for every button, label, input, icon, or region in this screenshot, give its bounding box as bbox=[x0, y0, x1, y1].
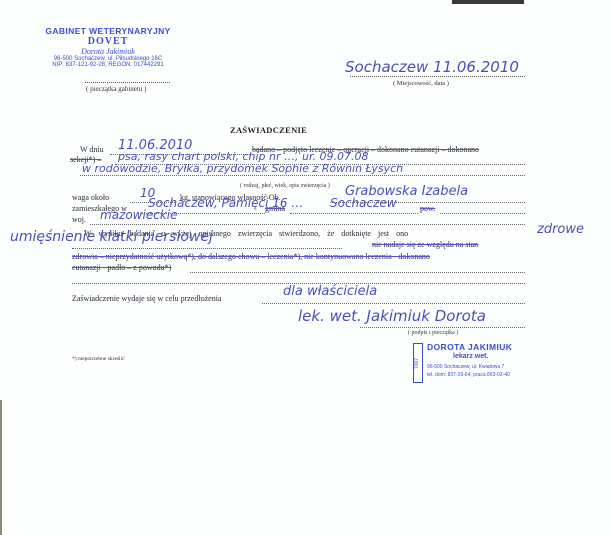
document-title: ZAŚWIADCZENIE bbox=[230, 125, 307, 135]
place-date-handwritten: Sochaczew 11.06.2010 bbox=[345, 58, 519, 76]
woj-line bbox=[90, 224, 525, 225]
health-line-text: zdrowia – nieprzydatność użytkową*), do … bbox=[72, 252, 430, 261]
gmina-label: gmina bbox=[265, 204, 285, 213]
clinic-brand: DOVET bbox=[38, 36, 178, 47]
vet-address: 96-500 Sochaczew, ul. Kwiatowa 7 bbox=[427, 364, 504, 370]
waga-label: waga około bbox=[72, 193, 109, 202]
purpose-label: Zaświadczenie wydaje się w celu przedłoż… bbox=[72, 294, 221, 303]
result-handwritten: umięśnienie klatki piersiowej bbox=[10, 229, 213, 245]
vet-name: DOROTA JAKIMIUK bbox=[427, 342, 512, 352]
result-margin-handwritten: zdrowe bbox=[537, 222, 584, 237]
scan-edge bbox=[0, 400, 2, 535]
vet-role: lekarz wet. bbox=[453, 353, 488, 360]
scan-artifact-bar bbox=[452, 0, 524, 4]
stamp-caption: ( pieczątka gabinetu ) bbox=[86, 85, 146, 93]
gmina-line bbox=[290, 213, 418, 214]
w-dniu-label: W dniu bbox=[80, 145, 104, 154]
health-line: zdrowia – nieprzydatność użytkową*), do … bbox=[72, 252, 430, 261]
clinic-stamp: GABINET WETERYNARYJNY DOVET Dorota Jakim… bbox=[38, 26, 178, 68]
purpose-line bbox=[262, 303, 525, 304]
footnote: *) niepotrzebne skreślić bbox=[72, 356, 125, 362]
pow-label: pow. bbox=[420, 204, 435, 213]
result-line-dotted bbox=[72, 248, 342, 249]
voivodeship-handwritten: mazowieckie bbox=[100, 208, 177, 222]
vet-stamp: 7007 DOROTA JAKIMIUK lekarz wet. 96-500 … bbox=[413, 340, 563, 400]
vet-license-badge: 7007 bbox=[413, 343, 423, 383]
clinic-owner: Dorota Jakimiuk bbox=[38, 47, 178, 56]
vet-phones: tel. dom: 837-29-64, praca 863-02-40 bbox=[427, 372, 510, 378]
signature-caption: ( podpis i pieczątka ) bbox=[408, 330, 458, 336]
clinic-name: GABINET WETERYNARYJNY bbox=[38, 26, 178, 36]
stamp-dotted-line bbox=[85, 82, 170, 83]
euthanasia-dotted bbox=[190, 272, 525, 273]
signature-line bbox=[360, 327, 525, 328]
clinic-ids: NIP: 837-121-92-28, REGON: 017442291 bbox=[38, 62, 178, 68]
purpose-handwritten: dla właściciela bbox=[283, 284, 377, 299]
county-handwritten: Sochaczew bbox=[330, 196, 397, 210]
woj-label: woj. bbox=[72, 215, 86, 224]
animal-handwritten-2: w rodowodzie, Bryłka, przydomek Sophie z… bbox=[82, 162, 403, 175]
pow-line bbox=[440, 213, 525, 214]
animal-line-2 bbox=[80, 175, 525, 176]
place-date-line bbox=[350, 76, 525, 77]
signature-handwritten: lek. wet. Jakimiuk Dorota bbox=[298, 307, 486, 325]
place-date-caption: ( Miejscowość, data ) bbox=[393, 80, 449, 87]
animal-caption: ( rodzaj, płeć, wiek, opis zwierzęcia ) bbox=[240, 183, 330, 189]
not-fit-line: nie nadaje się ze względu na stan bbox=[372, 240, 478, 249]
euthanasia-line: eutanazji - padło – z powodu*) bbox=[72, 263, 171, 272]
